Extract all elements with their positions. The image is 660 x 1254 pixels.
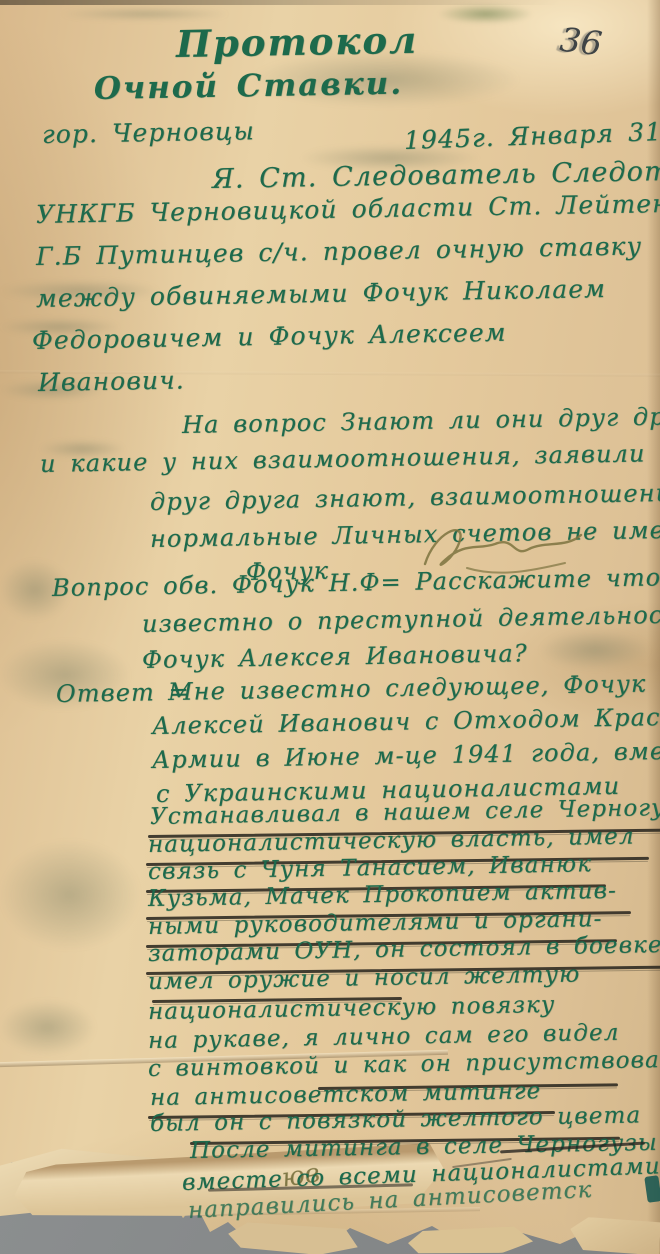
handwritten-line: известно о преступной деятельности xyxy=(142,602,660,636)
handwritten-line: друг друга знают, взаимоотношения xyxy=(150,481,660,514)
handwritten-line: На вопрос Знают ли они друг друга xyxy=(182,404,660,437)
handwritten-line: Иванович. xyxy=(38,367,185,395)
signature-scribble-icon xyxy=(415,518,590,586)
handwritten-line: Мне известно следующее, Фочук xyxy=(168,672,647,704)
manuscript-text-layer: ПротоколОчной Ставки.гор. Черновцы1945г.… xyxy=(0,0,660,1254)
handwritten-line: между обвиняемыми Фочук Николаем xyxy=(36,276,606,311)
handwritten-line: с винтовкой и как он присутствовал xyxy=(148,1049,660,1081)
scanned-document: юв ПротоколОчной Ставки.гор. Черновцы194… xyxy=(0,0,660,1254)
handwritten-line: заторами ОУН, он состоял в боевке xyxy=(148,934,660,966)
handwritten-line: Я. Ст. Следователь Следотдела xyxy=(212,157,660,193)
handwritten-line: имел оружие и носил желтую xyxy=(148,963,581,994)
handwritten-line: Г.Б Путинцев с/ч. провел очную ставку xyxy=(36,233,643,269)
doc-subtitle: Очной Ставки. xyxy=(94,69,404,105)
handwritten-line: УНКГБ Черновицкой области Ст. Лейтенант xyxy=(36,190,660,227)
handwritten-line: Федоровичем и Фочук Алексеем xyxy=(32,320,507,353)
handwritten-line: националистическую повязку xyxy=(148,994,556,1024)
doc-title: Протокол xyxy=(176,22,419,63)
handwritten-line: Фочук Алексея Ивановича? xyxy=(142,641,528,672)
handwritten-line: Армии в Июне м-це 1941 года, вместе xyxy=(152,738,660,772)
handwritten-line: и какие у них взаимоотношения, заявили xyxy=(40,441,646,476)
place-line: гор. Черновцы xyxy=(42,118,255,147)
date-line: 1945г. Января 31дня xyxy=(404,117,660,153)
handwritten-line: Алексей Иванович с Отходом Красной xyxy=(152,704,660,738)
page-number: 36 xyxy=(558,20,604,64)
